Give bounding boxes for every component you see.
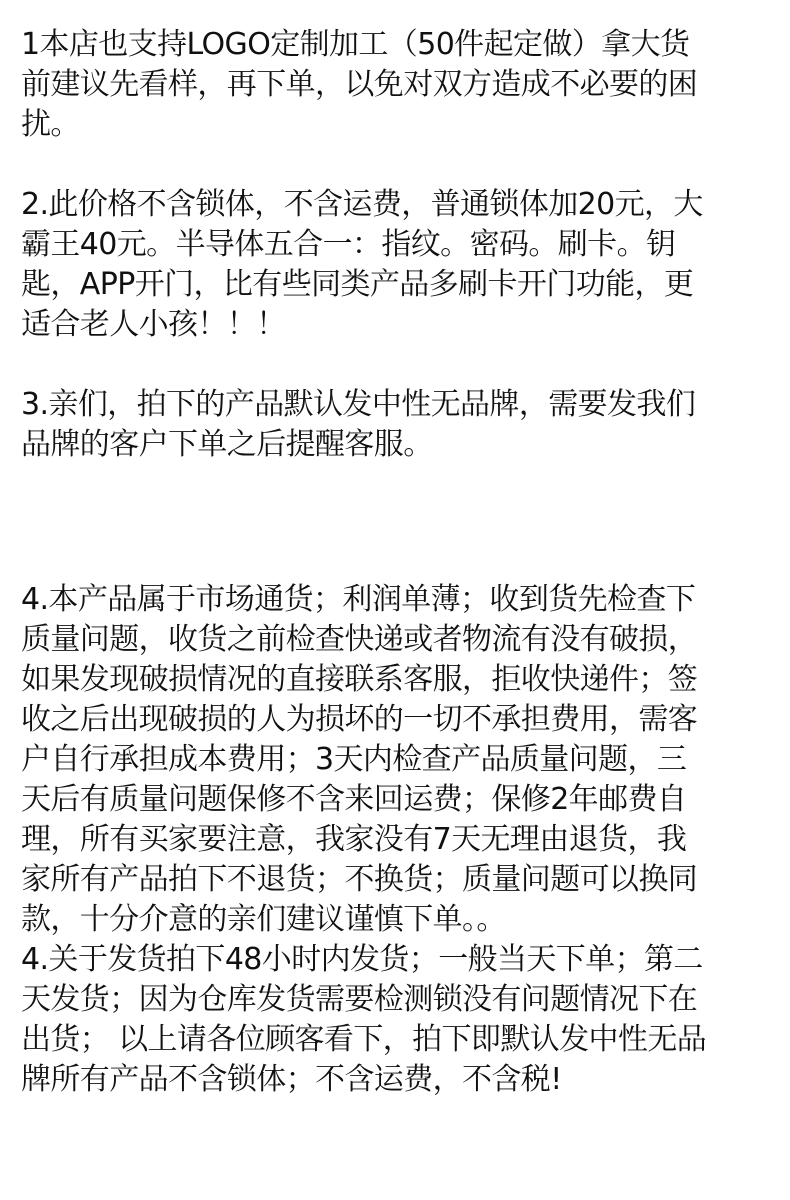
text-line: 扰。: [21, 105, 80, 145]
text-line: 天发货；因为仓库发货需要检测锁没有问题情况下在: [21, 980, 697, 1020]
text-line: 4.本产品属于市场通货；利润单薄；收到货先检查下: [21, 580, 695, 620]
text-line: 如果发现破损情况的直接联系客服，拒收快递件；签: [21, 660, 697, 700]
text-line: 牌所有产品不含锁体；不含运费，不含税!: [21, 1060, 562, 1100]
text-line: 适合老人小孩！！！: [21, 305, 286, 345]
text-line: 出货； 以上请各位顾客看下，拍下即默认发中性无品: [21, 1020, 706, 1060]
text-line: 霸王40元。半导体五合一：指纹。密码。刷卡。钥: [21, 225, 675, 265]
text-line: 质量问题，收货之前检查快递或者物流有没有破损，: [21, 620, 697, 660]
policy-notice-document: 1本店也支持LOGO定制加工（50件起定做）拿大货 前建议先看样，再下单，以免对…: [0, 0, 790, 1200]
text-line: 4.关于发货拍下48小时内发货；一般当天下单；第二: [21, 940, 703, 980]
text-line: 户自行承担成本费用；3天内检查产品质量问题，三: [21, 740, 686, 780]
text-line: 匙，APP开门，比有些同类产品多刷卡开门功能，更: [21, 265, 693, 305]
text-line: 收之后出现破损的人为损坏的一切不承担费用，需客: [21, 700, 697, 740]
text-line: 2.此价格不含锁体，不含运费，普通锁体加20元，大: [21, 185, 703, 225]
text-line: 1本店也支持LOGO定制加工（50件起定做）拿大货: [21, 25, 689, 65]
text-line: 天后有质量问题保修不含来回运费；保修2年邮费自: [21, 780, 686, 820]
text-line: 3.亲们，拍下的产品默认发中性无品牌，需要发我们: [21, 385, 695, 425]
text-line: 品牌的客户下单之后提醒客服。: [21, 425, 433, 465]
text-line: 理，所有买家要注意，我家没有7天无理由退货，我: [21, 820, 686, 860]
text-line: 款，十分介意的亲们建议谨慎下单。。: [21, 900, 506, 940]
text-line: 家所有产品拍下不退货；不换货；质量问题可以换同: [21, 860, 697, 900]
text-line: 前建议先看样，再下单，以免对双方造成不必要的困: [21, 65, 697, 105]
